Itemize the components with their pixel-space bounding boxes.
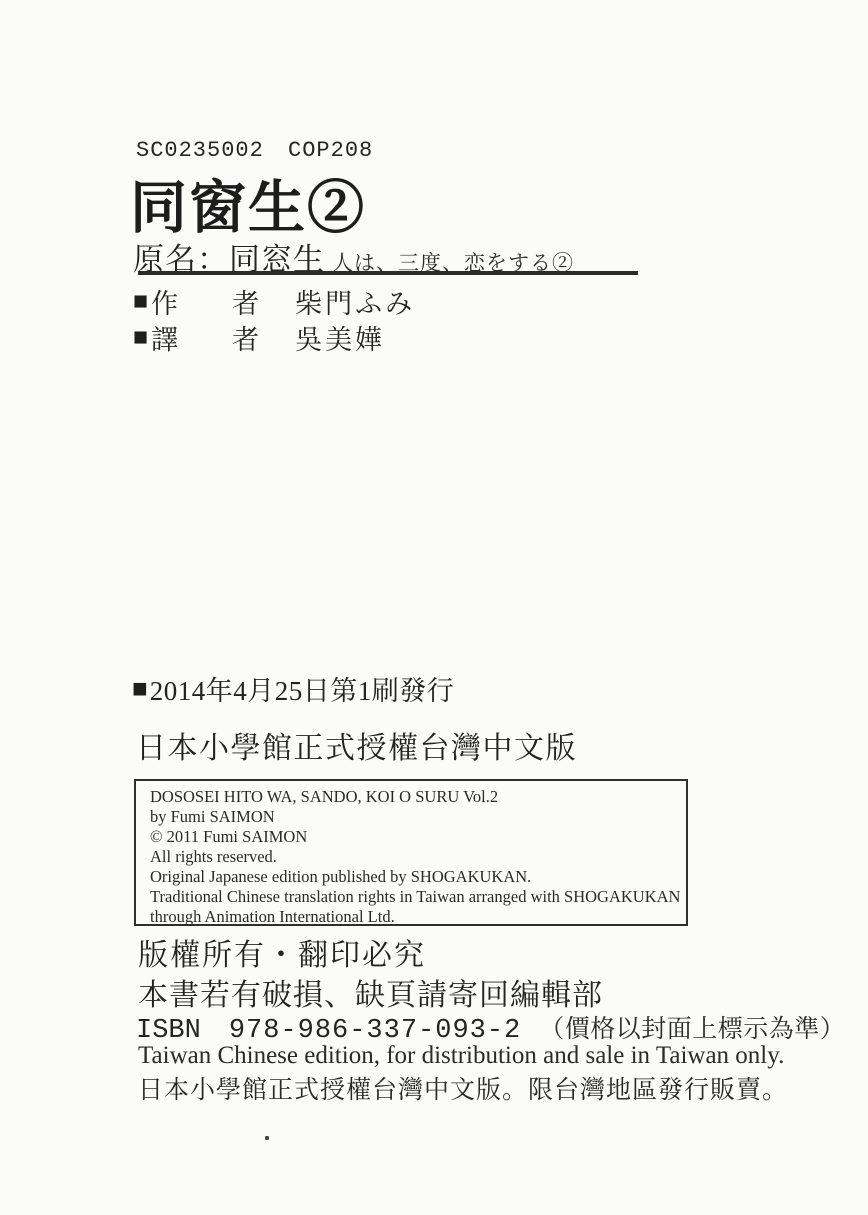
- credit-label-second: 者: [232, 282, 259, 321]
- credit-label-first: 作: [151, 282, 178, 321]
- book-title: 同窗生②: [130, 162, 366, 244]
- damage-notice: 本書若有破損、缺頁請寄回編輯部: [138, 970, 603, 1014]
- book-code: SC0235002 COP208: [136, 138, 373, 163]
- copyright-line: Original Japanese edition published by S…: [150, 867, 676, 887]
- credits-section: ■ 作 者 柴門ふみ ■ 譯 者 吳美嬅: [133, 283, 415, 355]
- rights-notice: 版權所有・翻印必究: [138, 930, 426, 974]
- square-bullet-icon: ■: [133, 289, 148, 314]
- copyright-line: DOSOSEI HITO WA, SANDO, KOI O SURU Vol.2: [150, 787, 676, 807]
- author-name: 柴門ふみ: [295, 282, 415, 321]
- title-divider-rule: [138, 271, 638, 275]
- copyright-line: All rights reserved.: [150, 847, 676, 867]
- translator-name: 吳美嬅: [295, 318, 385, 357]
- license-heading: 日本小學館正式授權台灣中文版: [136, 723, 577, 767]
- credit-label-first: 譯: [151, 318, 178, 357]
- copyright-line: through Animation International Ltd.: [150, 907, 676, 927]
- credit-row-author: ■ 作 者 柴門ふみ: [133, 283, 415, 319]
- square-bullet-icon: ■: [132, 676, 148, 702]
- distribution-note-en: Taiwan Chinese edition, for distribution…: [138, 1042, 784, 1070]
- price-note: （價格以封面上標示為準）: [539, 1009, 845, 1045]
- print-date: 2014年4月25日第1刷發行: [150, 669, 455, 708]
- copyright-line: © 2011 Fumi SAIMON: [150, 827, 676, 847]
- copyright-line: Traditional Chinese translation rights i…: [150, 887, 676, 907]
- credit-row-translator: ■ 譯 者 吳美嬅: [133, 319, 415, 355]
- credit-label-author: 作 者: [151, 282, 259, 321]
- credit-label-translator: 譯 者: [151, 318, 259, 357]
- copyright-line: by Fumi SAIMON: [150, 807, 676, 827]
- square-bullet-icon: ■: [133, 325, 148, 350]
- credit-label-second: 者: [232, 318, 259, 357]
- distribution-note-zh: 日本小學館正式授權台灣中文版。限台灣地區發行販賣。: [138, 1070, 788, 1106]
- print-date-line: ■ 2014年4月25日第1刷發行: [132, 669, 454, 708]
- colophon-page: SC0235002 COP208 同窗生② 原名：同窓生 人は、三度、恋をする②…: [0, 0, 868, 1215]
- isbn-line: ISBN 978-986-337-093-2 （價格以封面上標示為準）: [136, 1009, 845, 1046]
- scan-speck: [265, 1136, 269, 1140]
- copyright-box: DOSOSEI HITO WA, SANDO, KOI O SURU Vol.2…: [134, 779, 688, 926]
